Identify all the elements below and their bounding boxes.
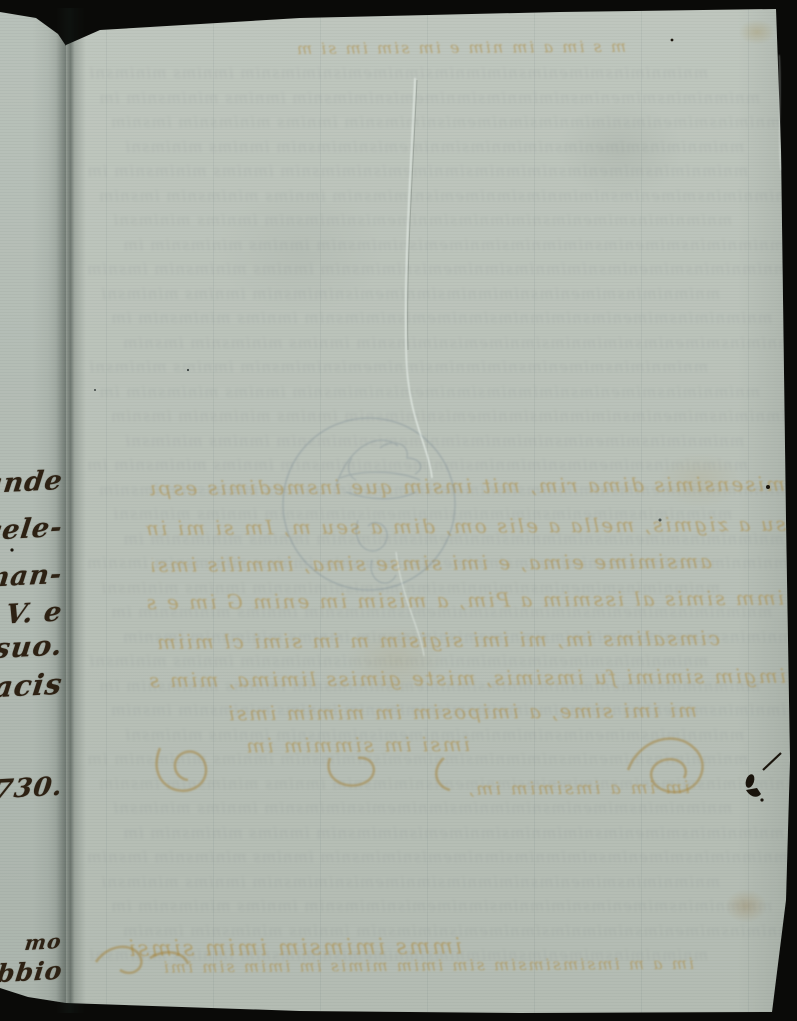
ghost-bleedthrough-line: mnimniminsmimenimsnimimnimsimnimemisnimi… (88, 64, 708, 82)
ghost-bleedthrough-line: mnimniminsmimenimsnimimnimsimnimemisnimi… (100, 775, 797, 793)
ghost-bleedthrough-line: mnimniminsmimenimsnimimnimsimnimemisnimi… (124, 432, 744, 450)
ghost-bleedthrough-line: mnimniminsmimenimsnimimnimsimnimemisnimi… (112, 309, 772, 327)
ghost-bleedthrough-line: mnimniminsmimenimsnimimnimsimnimemisnimi… (112, 897, 772, 915)
ghost-bleedthrough-line: mnimniminsmimenimsnimimnimsimnimemisnimi… (124, 824, 784, 842)
bleedthrough-line: cimsalims im, mi imi sigisim m im simi c… (150, 626, 720, 654)
ghost-bleedthrough-line: mnimniminsmimenimsnimimnimsimnimemisnimi… (124, 236, 784, 254)
facing-page-edge: grandecele-man-V. el suo.bacis1730.moubb… (0, 0, 66, 1021)
bleedthrough-line: amsimime eima, e imi simse sima, immilis… (152, 549, 712, 577)
handwriting-fragment: l suo. (0, 629, 64, 667)
handwriting-fragment: mo (24, 929, 64, 955)
handwriting-fragment: man- (0, 559, 64, 594)
ghost-bleedthrough-line: mnimniminsmimenimsnimimnimsimnimemisnimi… (100, 285, 720, 303)
handwriting-fragment: 1730. (0, 772, 64, 806)
handwriting-fragment: V. e (4, 597, 64, 631)
ghost-bleedthrough-line: mnimniminsmimenimsnimimnimsimnimemisnimi… (88, 848, 788, 866)
ghost-bleedthrough-line: mnimniminsmimenimsnimimnimsimnimemisnimi… (124, 138, 744, 156)
ghost-bleedthrough-line: mnimniminsmimenimsnimimnimsimnimemisnimi… (100, 383, 760, 401)
handwriting-fragment: cele- (0, 512, 64, 547)
bleedthrough-line: misensimis dima rim, mit imsim que insme… (150, 472, 785, 500)
ghost-bleedthrough-line: mnimniminsmimenimsnimimnimsimnimemisnimi… (112, 113, 797, 131)
bleedthrough-line: imm simis al issmim a Pim, a misim im en… (148, 586, 784, 614)
ghost-bleedthrough-line: mnimniminsmimenimsnimimnimsimnimemisnimi… (88, 456, 748, 474)
bleedthrough-line: im a m imsimsimsim sim imim mimis im imi… (104, 954, 694, 977)
manuscript-scan: mnimniminsmimenimsnimimnimsimnimemisnimi… (0, 0, 797, 1021)
ghost-bleedthrough-line: mnimniminsmimenimsnimimnimsimnimemisnimi… (100, 89, 760, 107)
handwriting-fragment: ubbio (0, 956, 64, 989)
bleedthrough-line: mi imi sime, a imiposim im mimim imsi (152, 698, 697, 726)
handwriting-fragment: grande (0, 465, 64, 502)
bleedthrough-line: im im a imsimim im, imim (468, 777, 690, 800)
ghost-bleedthrough-line: mnimniminsmimenimsnimimnimsimnimemisnimi… (112, 211, 732, 229)
bleedthrough-line: su a zigmis, mella a elis om, dim a seu … (146, 512, 786, 540)
ghost-bleedthrough-line: mnimniminsmimenimsnimimnimsimnimemisnimi… (88, 162, 748, 180)
handwriting-fragment: bacis (0, 667, 64, 706)
ghost-bleedthrough-line: mnimniminsmimenimsnimimnimsimnimemisnimi… (112, 799, 732, 817)
ghost-bleedthrough-line: mnimniminsmimenimsnimimnimsimnimemisnimi… (100, 187, 797, 205)
ghost-bleedthrough-line: mnimniminsmimenimsnimimnimsimnimemisnimi… (88, 358, 708, 376)
ghost-bleedthrough-line: mnimniminsmimenimsnimimnimsimnimemisnimi… (88, 260, 788, 278)
ghost-bleedthrough-line: mnimniminsmimenimsnimimnimsimnimemisnimi… (124, 334, 797, 352)
bleedthrough-line: imgim simimi fu imsimis, miste gimiss li… (148, 664, 786, 692)
manuscript-page: mnimniminsmimenimsnimimnimsimnimemisnimi… (0, 0, 797, 1021)
ghost-bleedthrough-line: mnimniminsmimenimsnimimnimsimnimemisnimi… (112, 407, 797, 425)
ghost-bleedthrough-line: mnimniminsmimenimsnimimnimsimnimemisnimi… (100, 873, 720, 891)
bleedthrough-line: m s im a im nim e im sim im si m (296, 37, 626, 58)
bleedthrough-line: imsi im simmim im (205, 732, 470, 758)
